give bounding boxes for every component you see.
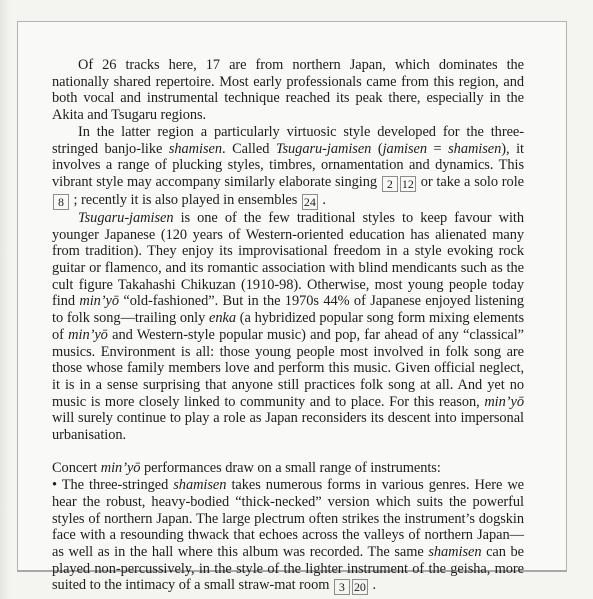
italic-term: min’yō — [68, 327, 108, 343]
paragraph-tsugaru-style: In the latter region a particularly virt… — [52, 124, 524, 210]
liner-notes-text: Of 26 tracks here, 17 are from northern … — [52, 57, 524, 595]
italic-term: shamisen — [428, 544, 481, 560]
track-number-badge: 8 — [53, 194, 69, 210]
italic-term: jamisen — [383, 141, 427, 157]
track-number-badge: 12 — [400, 176, 416, 192]
track-number-badge: 2 — [382, 176, 398, 192]
italic-term: shamisen — [169, 141, 222, 157]
paragraph-shamisen-bullet: • The three-stringed shamisen takes nume… — [52, 477, 524, 595]
page-spine-shadow — [0, 0, 10, 599]
italic-term: min’yō — [101, 460, 141, 476]
paragraph-tsugaru-jamisen-popularity: Tsugaru-jamisen is one of the few tradit… — [52, 210, 524, 444]
track-number-badge: 24 — [302, 194, 318, 210]
track-number-badge: 20 — [352, 579, 368, 595]
italic-term: shamisen — [448, 141, 501, 157]
track-number-badge: 3 — [334, 579, 350, 595]
italic-term: min’yō — [79, 293, 119, 309]
paragraph-instruments-intro: Concert min’yō performances draw on a sm… — [52, 460, 524, 477]
paragraph-northern-japan: Of 26 tracks here, 17 are from northern … — [52, 57, 524, 124]
italic-term: min’yō — [484, 394, 524, 410]
italic-term: shamisen — [173, 477, 226, 493]
italic-term: Tsugaru-jamisen — [276, 141, 371, 157]
italic-term: Tsugaru-jamisen — [78, 210, 173, 226]
italic-term: enka — [209, 310, 236, 326]
